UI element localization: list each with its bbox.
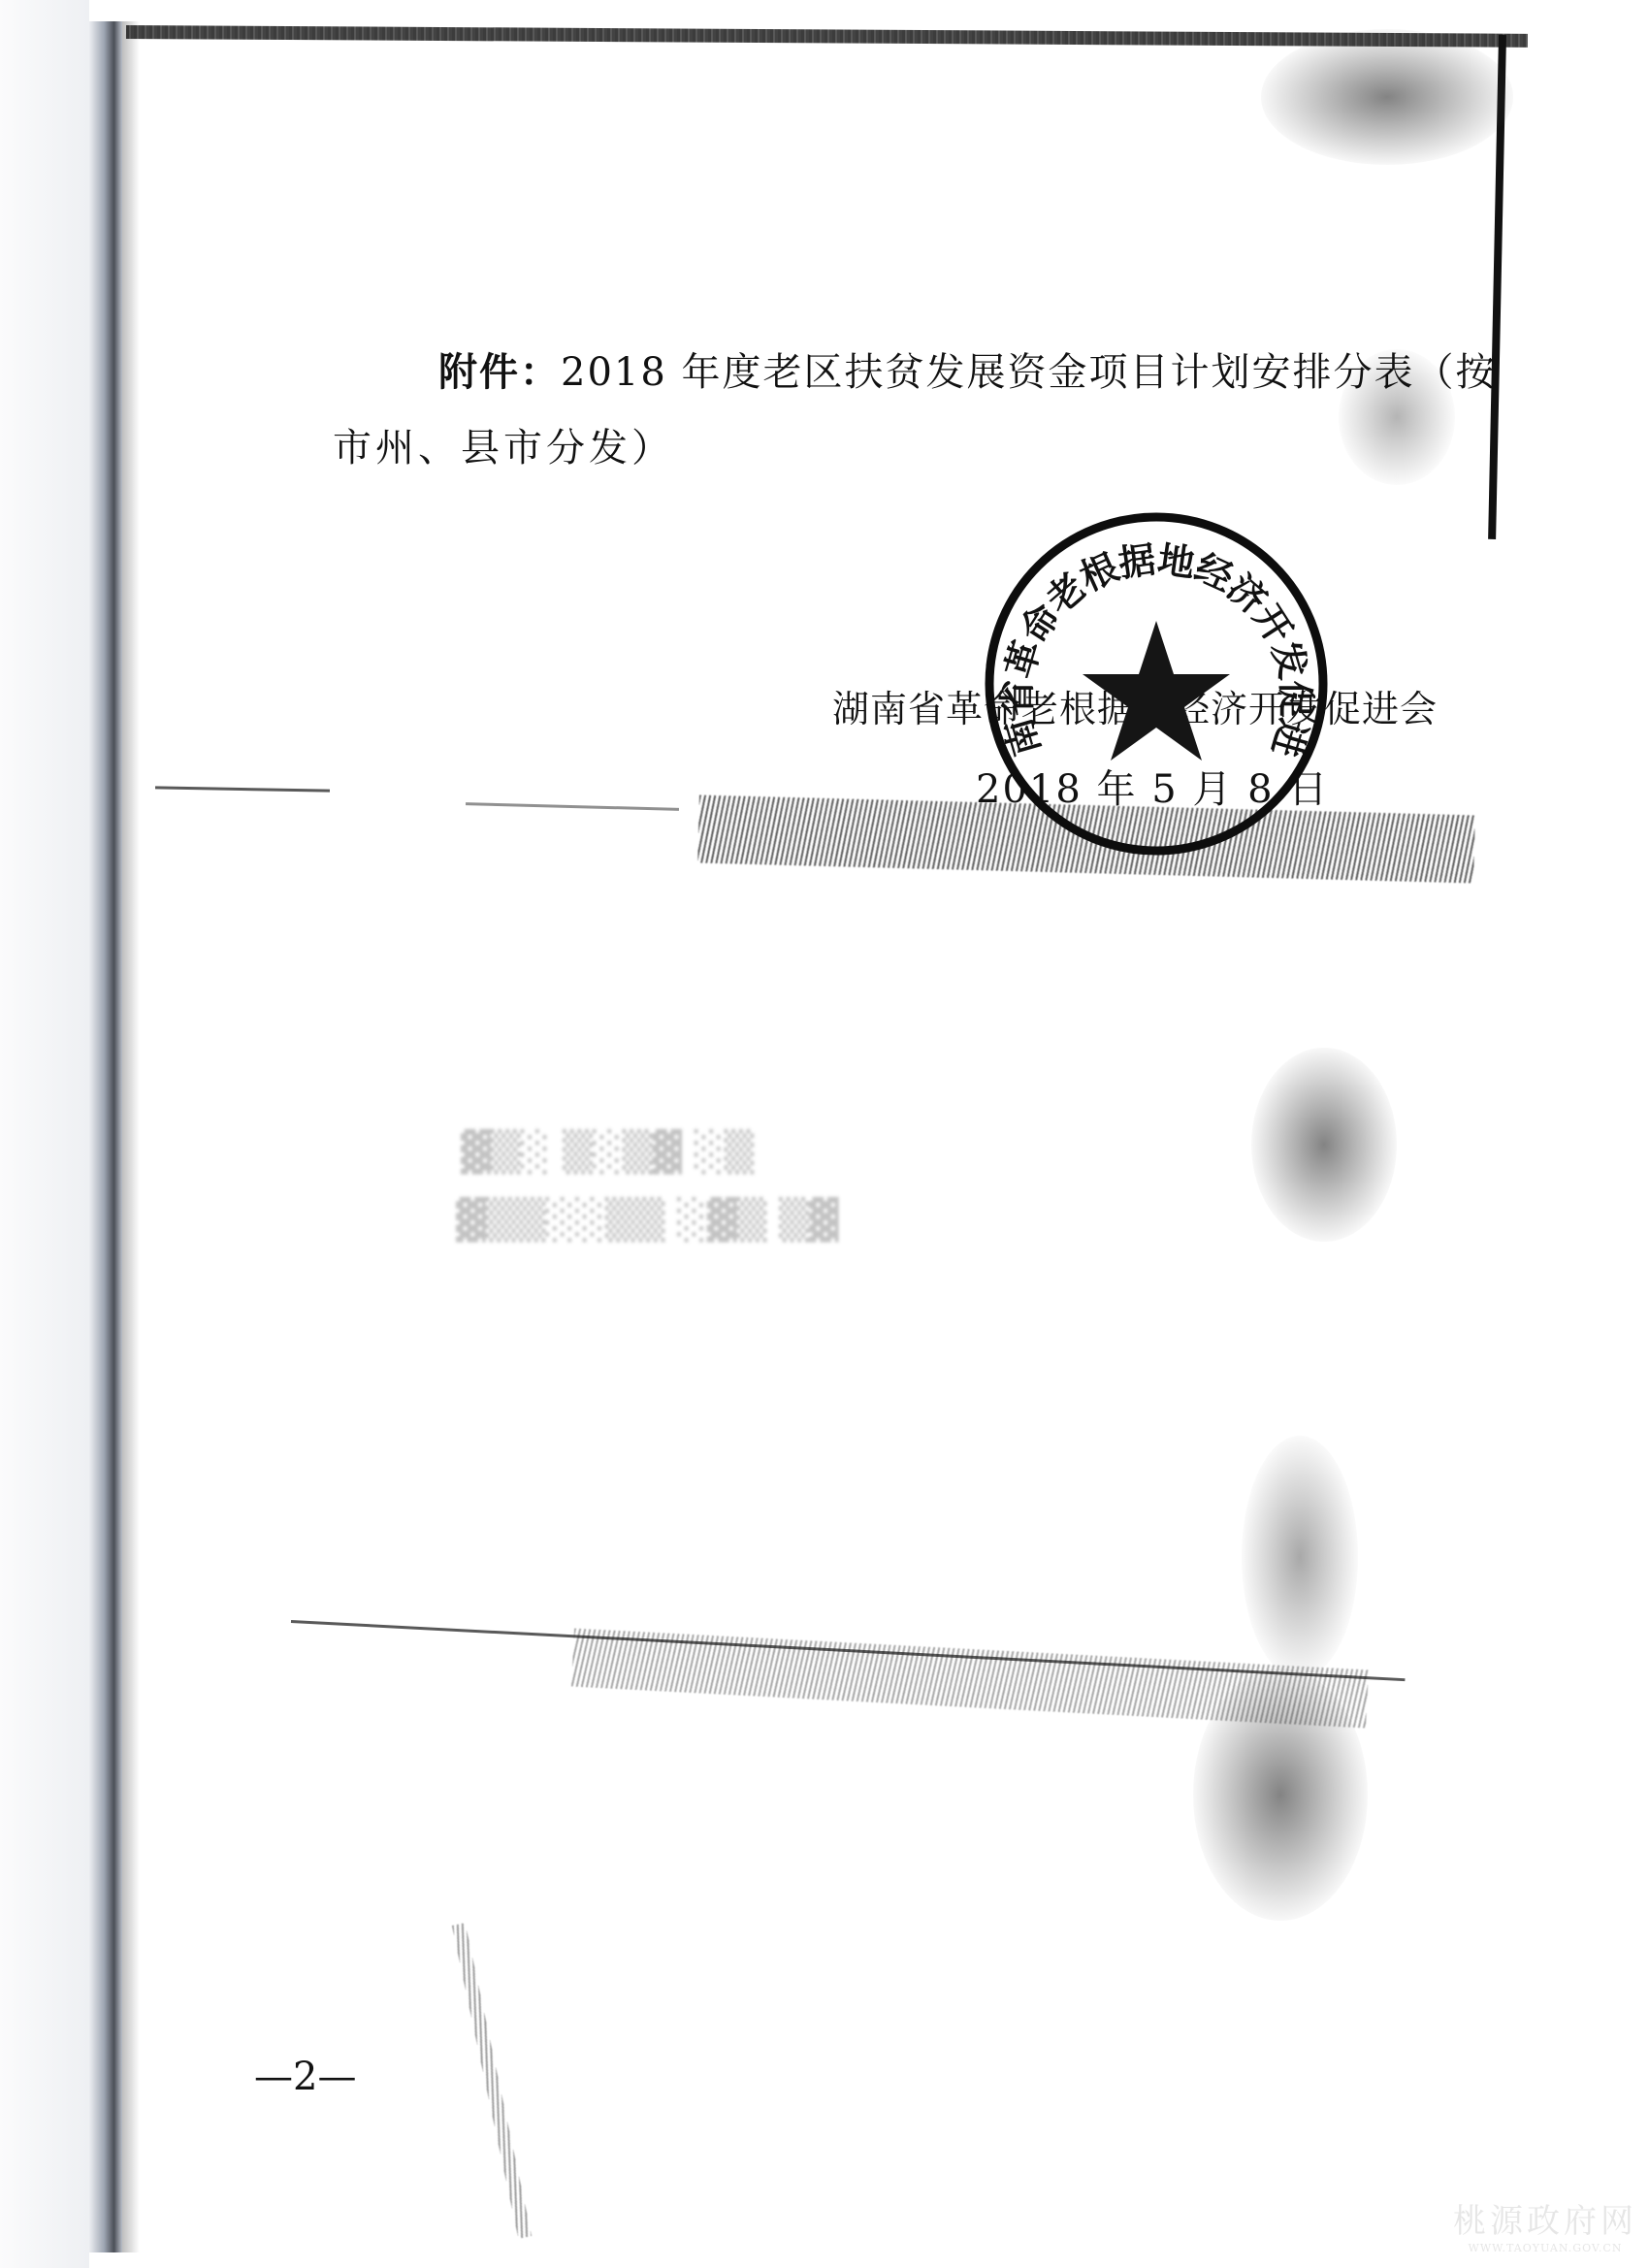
bleed-through-text: ▓▒▒░░▒▒ ░▓▒ ▒▓ [456, 1198, 839, 1243]
attachment-title-line2: 市州、县市分发） [333, 417, 674, 472]
scan-dark-band [571, 1629, 1369, 1729]
scan-streak [452, 1923, 532, 2239]
page-number: —2— [254, 2055, 356, 2099]
watermark-site-name: 桃源政府网 [1453, 2194, 1637, 2242]
scan-smudge [1242, 1436, 1358, 1678]
watermark-url: WWW.TAOYUAN.GOV.CN [1453, 2242, 1637, 2254]
official-seal: 湖南省革命老根据地经济开发促进会 [982, 509, 1331, 859]
bleed-through-text: ▓▒░ ▒░▒▓ ░▒ [461, 1130, 754, 1175]
site-watermark: 桃源政府网 WWW.TAOYUAN.GOV.CN [1453, 2194, 1637, 2254]
scan-streak [155, 786, 330, 792]
attachment-title: 附件：2018 年度老区扶贫发展资金项目计划安排分表（按 [438, 341, 1494, 397]
scan-smudge [1251, 1048, 1397, 1242]
star-icon [1083, 621, 1230, 761]
scan-streak [466, 802, 679, 811]
attachment-label: 附件： [438, 350, 561, 395]
scan-smudge [1261, 29, 1513, 165]
attachment-title-clip: 附件：2018 年度老区扶贫发展资金项目计划安排分表（按 [0, 320, 1494, 398]
attachment-title-text: 2018 年度老区扶贫发展资金项目计划安排分表（按 [561, 350, 1494, 395]
